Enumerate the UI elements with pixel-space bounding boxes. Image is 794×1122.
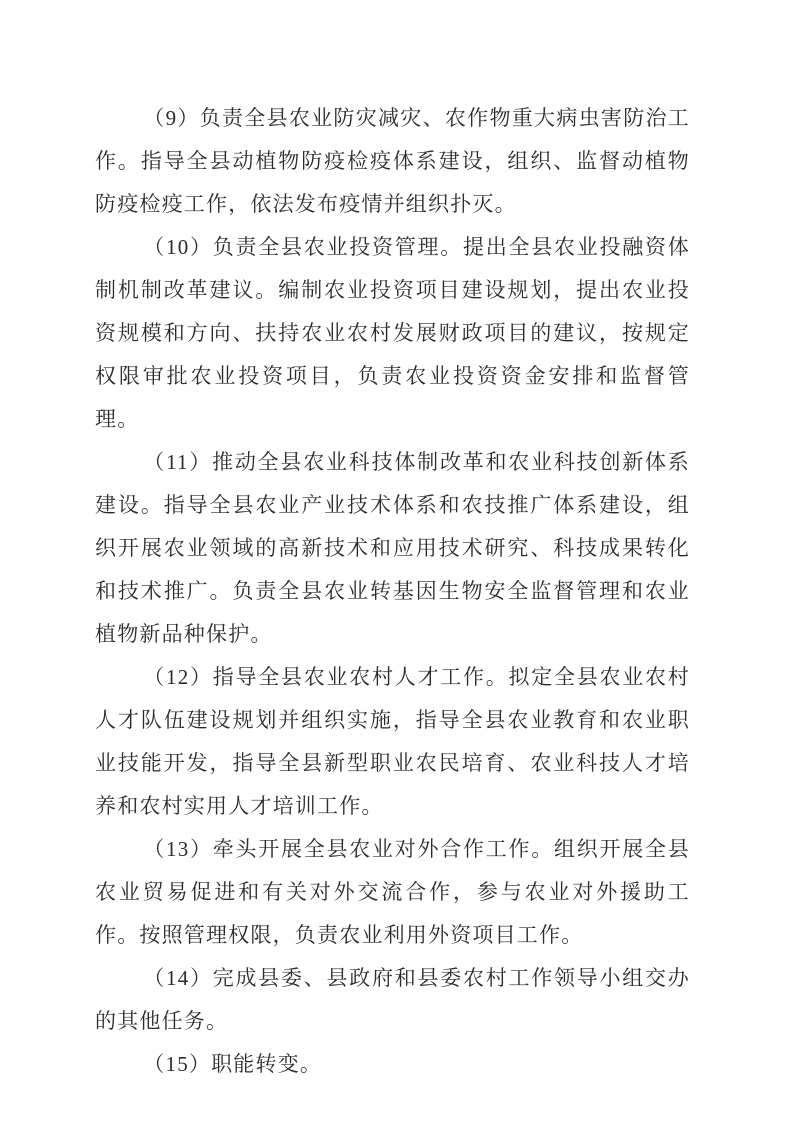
clause-13: （13）牵头开展全县农业对外合作工作。组织开展全县农业贸易促进和有关对外交流合作… — [95, 828, 690, 957]
clause-11: （11）推动全县农业科技体制改革和农业科技创新体系建设。指导全县农业产业技术体系… — [95, 441, 690, 656]
clause-9: （9）负责全县农业防灾减灾、农作物重大病虫害防治工作。指导全县动植物防疫检疫体系… — [95, 97, 690, 226]
clause-10: （10）负责全县农业投资管理。提出全县农业投融资体制机制改革建议。编制农业投资项… — [95, 226, 690, 441]
clause-14: （14）完成县委、县政府和县委农村工作领导小组交办的其他任务。 — [95, 957, 690, 1043]
document-page: （9）负责全县农业防灾减灾、农作物重大病虫害防治工作。指导全县动植物防疫检疫体系… — [0, 0, 794, 1122]
clause-12: （12）指导全县农业农村人才工作。拟定全县农业农村人才队伍建设规划并组织实施，指… — [95, 656, 690, 828]
document-body: （9）负责全县农业防灾减灾、农作物重大病虫害防治工作。指导全县动植物防疫检疫体系… — [95, 97, 690, 1086]
clause-15: （15）职能转变。 — [95, 1043, 690, 1086]
